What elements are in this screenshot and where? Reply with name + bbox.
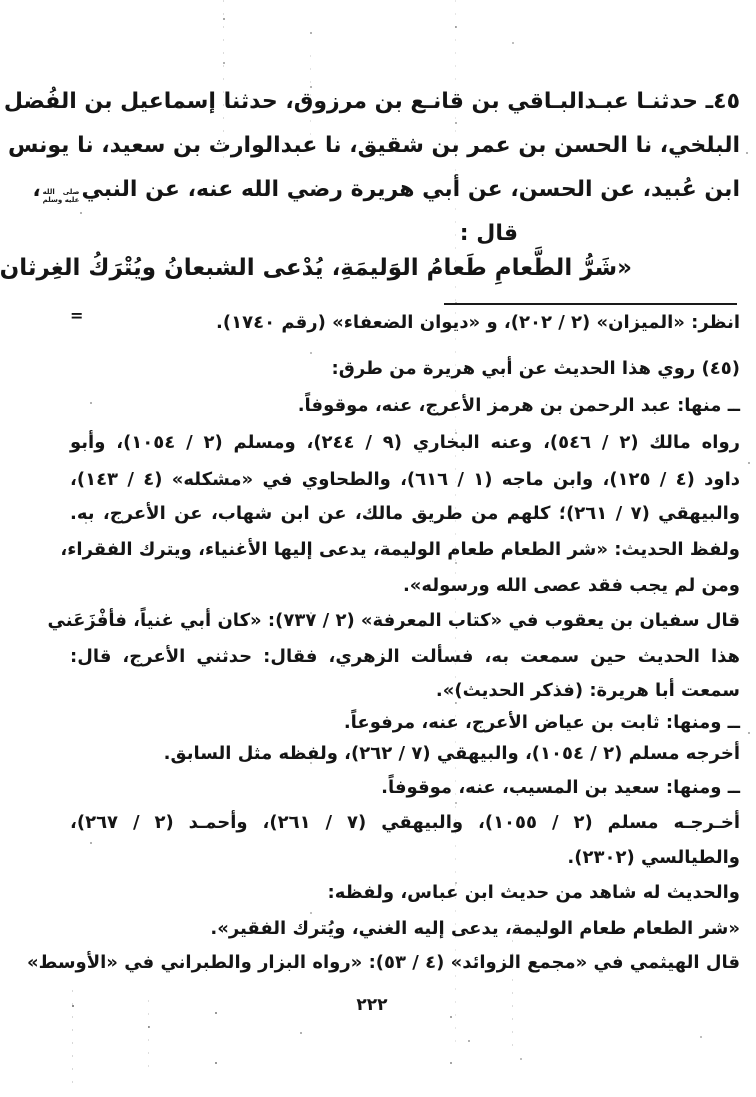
footnote-line: ومن لم يجب فقد عصى الله ورسوله». xyxy=(70,572,756,599)
matn-line-3: ابن عُبيد، عن الحسن، عن أبي هريرة رضي ال… xyxy=(95,168,740,212)
footnote-line: هذا الحديث حين سمعت به، فسألت الزهري، فق… xyxy=(70,643,740,670)
footnote-line: انظر: «الميزان» (٢ / ٢٠٢)، و «ديوان الضع… xyxy=(70,309,756,336)
matn-line-2: البلخي، نا الحسن بن عمر بن شقيق، نا عبدا… xyxy=(95,124,740,168)
blessing-bottom: عليه وسلم xyxy=(43,196,80,204)
matn-line-3-text: ابن عُبيد، عن الحسن، عن أبي هريرة رضي ال… xyxy=(81,177,740,202)
footnote-line: ولفظ الحديث: «شر الطعام طعام الوليمة، يد… xyxy=(70,536,740,563)
footnote-separator-rule xyxy=(444,303,737,305)
scan-artifact-line xyxy=(148,1000,149,1070)
prophet-blessing-ligature: صلى اللهعليه وسلم xyxy=(43,188,80,204)
footnote-line: أخرجه مسلم (٢ / ١٠٥٤)، والبيهقي (٧ / ٢٦٢… xyxy=(70,740,756,767)
footnote-line: والبيهقي (٧ / ٢٦١)؛ كلهم من طريق مالك، ع… xyxy=(70,500,740,527)
footnote-line: (٤٥) روي هذا الحديث عن أبي هريرة من طرق: xyxy=(70,355,756,382)
footnote-line: «شر الطعام طعام الوليمة، يدعى إليه الغني… xyxy=(70,915,756,942)
footnote-line: والحديث له شاهد من حديث ابن عباس، ولفظه: xyxy=(70,879,756,906)
blessing-top: صلى الله xyxy=(43,188,80,196)
footnote-line: ــ منها: عبد الرحمن بن هرمز الأعرج، عنه،… xyxy=(70,392,756,419)
footnote-line: ــ ومنها: سعيد بن المسيب، عنه، موقوفاً. xyxy=(70,774,756,801)
scan-artifact-line xyxy=(72,990,73,1090)
hadith-text: «شَرُّ الطَّعامِ طَعامُ الوَليمَةِ، يُدْ… xyxy=(0,247,740,289)
footnote-line: والطيالسي (٢٣٠٢). xyxy=(70,844,756,871)
matn-line-3-comma: ، xyxy=(32,177,40,202)
footnote-line: أخـرجـه مسلم (٢ / ١٠٥٥)، والبيهقي (٧ / ٢… xyxy=(70,809,740,836)
footnote-line: رواه مالك (٢ / ٥٤٦)، وعنه البخاري (٩ / ٢… xyxy=(70,429,740,456)
matn-line-1: ٤٥ـ حدثنـا عبـدالبـاقي بن قانـع بن مرزوق… xyxy=(95,80,740,124)
footnote-line: ــ ومنها: ثابت بن عياض الأعرج، عنه، مرفو… xyxy=(70,709,756,736)
scanned-book-page: ٤٥ـ حدثنـا عبـدالبـاقي بن قانـع بن مرزوق… xyxy=(0,0,756,1097)
footnote-line: داود (٤ / ١٢٥)، وابن ماجه (١ / ٦١٦)، وال… xyxy=(70,466,740,493)
footnote-line: قال سفيان بن يعقوب في «كتاب المعرفة» (٢ … xyxy=(70,607,740,634)
page-number: ٢٢٢ xyxy=(340,995,404,1015)
matn-paragraph: ٤٥ـ حدثنـا عبـدالبـاقي بن قانـع بن مرزوق… xyxy=(95,80,740,256)
footnote-line: سمعت أبا هريرة: (فذكر الحديث)». xyxy=(70,677,756,704)
footnote-line: قال الهيثمي في «مجمع الزوائد» (٤ / ٥٣): … xyxy=(70,949,756,976)
scan-noise-speckles xyxy=(0,0,2,2)
